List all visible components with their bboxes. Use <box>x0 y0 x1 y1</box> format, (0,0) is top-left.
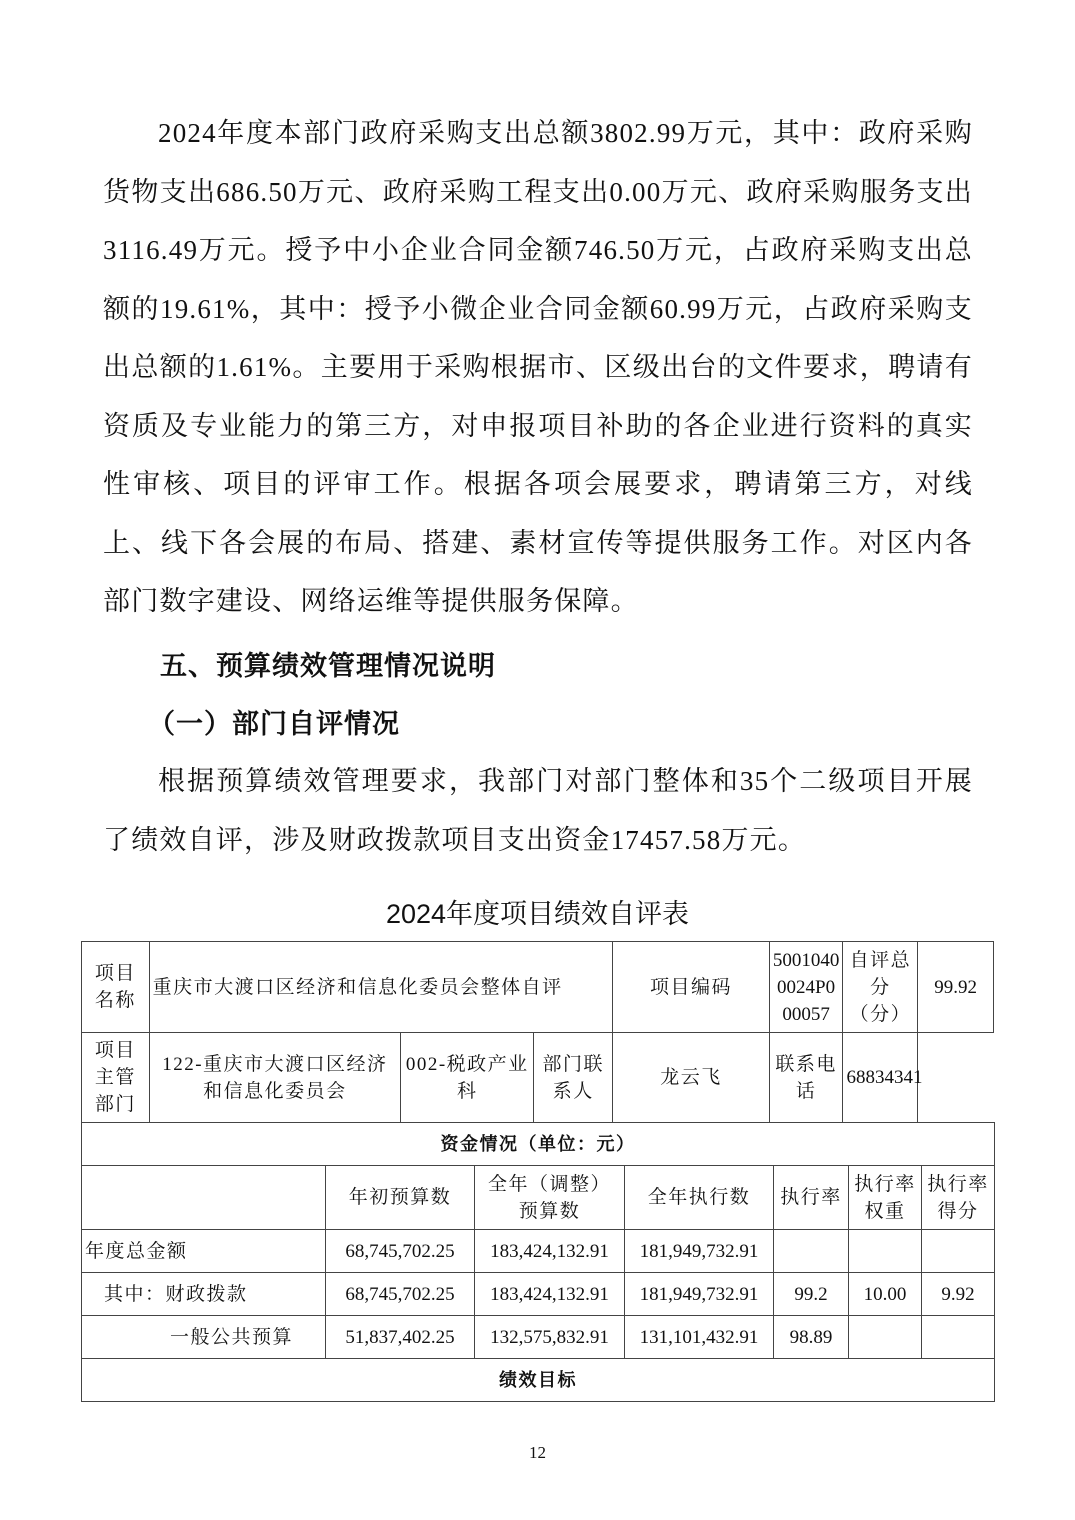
section-heading: 五、预算绩效管理情况说明 <box>160 644 496 683</box>
executed-amount: 181,949,732.91 <box>625 1230 774 1273</box>
row-label: 其中：财政拨款 <box>82 1273 326 1316</box>
adjusted-budget: 132,575,832.91 <box>475 1316 625 1359</box>
project-code-label-cell: 项目编码 <box>613 942 770 1033</box>
executed-amount: 131,101,432.91 <box>625 1316 774 1359</box>
table-row: 其中：财政拨款 68,745,702.25 183,424,132.91 181… <box>82 1273 995 1316</box>
finance-value: 002-税政产业科 <box>401 1033 534 1123</box>
subsection-heading: （一）部门自评情况 <box>148 702 400 741</box>
adjusted-budget: 183,424,132.91 <box>475 1273 625 1316</box>
adjusted-budget: 183,424,132.91 <box>475 1230 625 1273</box>
column-header: 全年（调整）预算数 <box>475 1166 625 1230</box>
self-eval-paragraph: 根据预算绩效管理要求，我部门对部门整体和35个二级项目开展了绩效自评，涉及财政拨… <box>103 752 973 869</box>
funds-header: 资金情况（单位：元） <box>82 1123 995 1166</box>
column-header: 执行率 <box>774 1166 849 1230</box>
performance-table: 项目名称 重庆市大渡口区经济和信息化委员会整体自评 项目编码 项目编码 5001… <box>81 941 994 1123</box>
project-name-label: 项目名称 <box>82 942 150 1033</box>
contact-label: 部门联系人 <box>534 1033 613 1123</box>
dept-label: 项目主管部门 <box>82 1033 150 1123</box>
score-value: 99.92 <box>918 942 994 1033</box>
rate-weight: 10.00 <box>849 1273 922 1316</box>
table-row: 项目主管部门 122-重庆市大渡口区经济和信息化委员会 财政归口处室 002-税… <box>82 1033 994 1123</box>
execution-rate: 99.2 <box>774 1273 849 1316</box>
table-row: 项目名称 重庆市大渡口区经济和信息化委员会整体自评 项目编码 项目编码 5001… <box>82 942 994 1033</box>
execution-rate <box>774 1230 849 1273</box>
initial-budget: 51,837,402.25 <box>326 1316 475 1359</box>
column-header <box>82 1166 326 1230</box>
row-label: 一般公共预算 <box>82 1316 326 1359</box>
goals-header: 绩效目标 <box>82 1359 995 1402</box>
column-header: 全年执行数 <box>625 1166 774 1230</box>
dept-value: 122-重庆市大渡口区经济和信息化委员会 <box>149 1033 400 1123</box>
rate-score: 9.92 <box>922 1273 995 1316</box>
table-row: 年度总金额 68,745,702.25 183,424,132.91 181,9… <box>82 1230 995 1273</box>
rate-score <box>922 1230 995 1273</box>
table-row: 一般公共预算 51,837,402.25 132,575,832.91 131,… <box>82 1316 995 1359</box>
column-header: 执行率得分 <box>922 1166 995 1230</box>
project-name-value: 重庆市大渡口区经济和信息化委员会整体自评 <box>149 942 613 1033</box>
initial-budget: 68,745,702.25 <box>326 1273 475 1316</box>
procurement-paragraph: 2024年度本部门政府采购支出总额3802.99万元，其中：政府采购货物支出68… <box>103 104 973 631</box>
executed-amount: 181,949,732.91 <box>625 1273 774 1316</box>
project-code-label-text: 项目编码 <box>650 977 732 998</box>
column-header: 执行率权重 <box>849 1166 922 1230</box>
table-row: 年初预算数 全年（调整）预算数 全年执行数 执行率 执行率权重 执行率得分 <box>82 1166 995 1230</box>
table-title: 2024年度项目绩效自评表 <box>0 892 1075 931</box>
contact-value: 龙云飞 <box>613 1033 770 1123</box>
project-code-value: 50010400024P000057 <box>769 942 843 1033</box>
rate-weight <box>849 1316 922 1359</box>
rate-weight <box>849 1230 922 1273</box>
table-row: 资金情况（单位：元） <box>82 1123 995 1166</box>
phone-value: 68834341 <box>843 1033 918 1123</box>
execution-rate: 98.89 <box>774 1316 849 1359</box>
funds-table: 资金情况（单位：元） 年初预算数 全年（调整）预算数 全年执行数 执行率 执行率… <box>81 1122 995 1402</box>
page-number: 12 <box>0 1443 1075 1463</box>
table-row: 绩效目标 <box>82 1359 995 1402</box>
column-header: 年初预算数 <box>326 1166 475 1230</box>
rate-score <box>922 1316 995 1359</box>
score-label: 自评总分（分） <box>843 942 918 1033</box>
initial-budget: 68,745,702.25 <box>326 1230 475 1273</box>
row-label: 年度总金额 <box>82 1230 326 1273</box>
phone-label: 联系电话 <box>769 1033 843 1123</box>
